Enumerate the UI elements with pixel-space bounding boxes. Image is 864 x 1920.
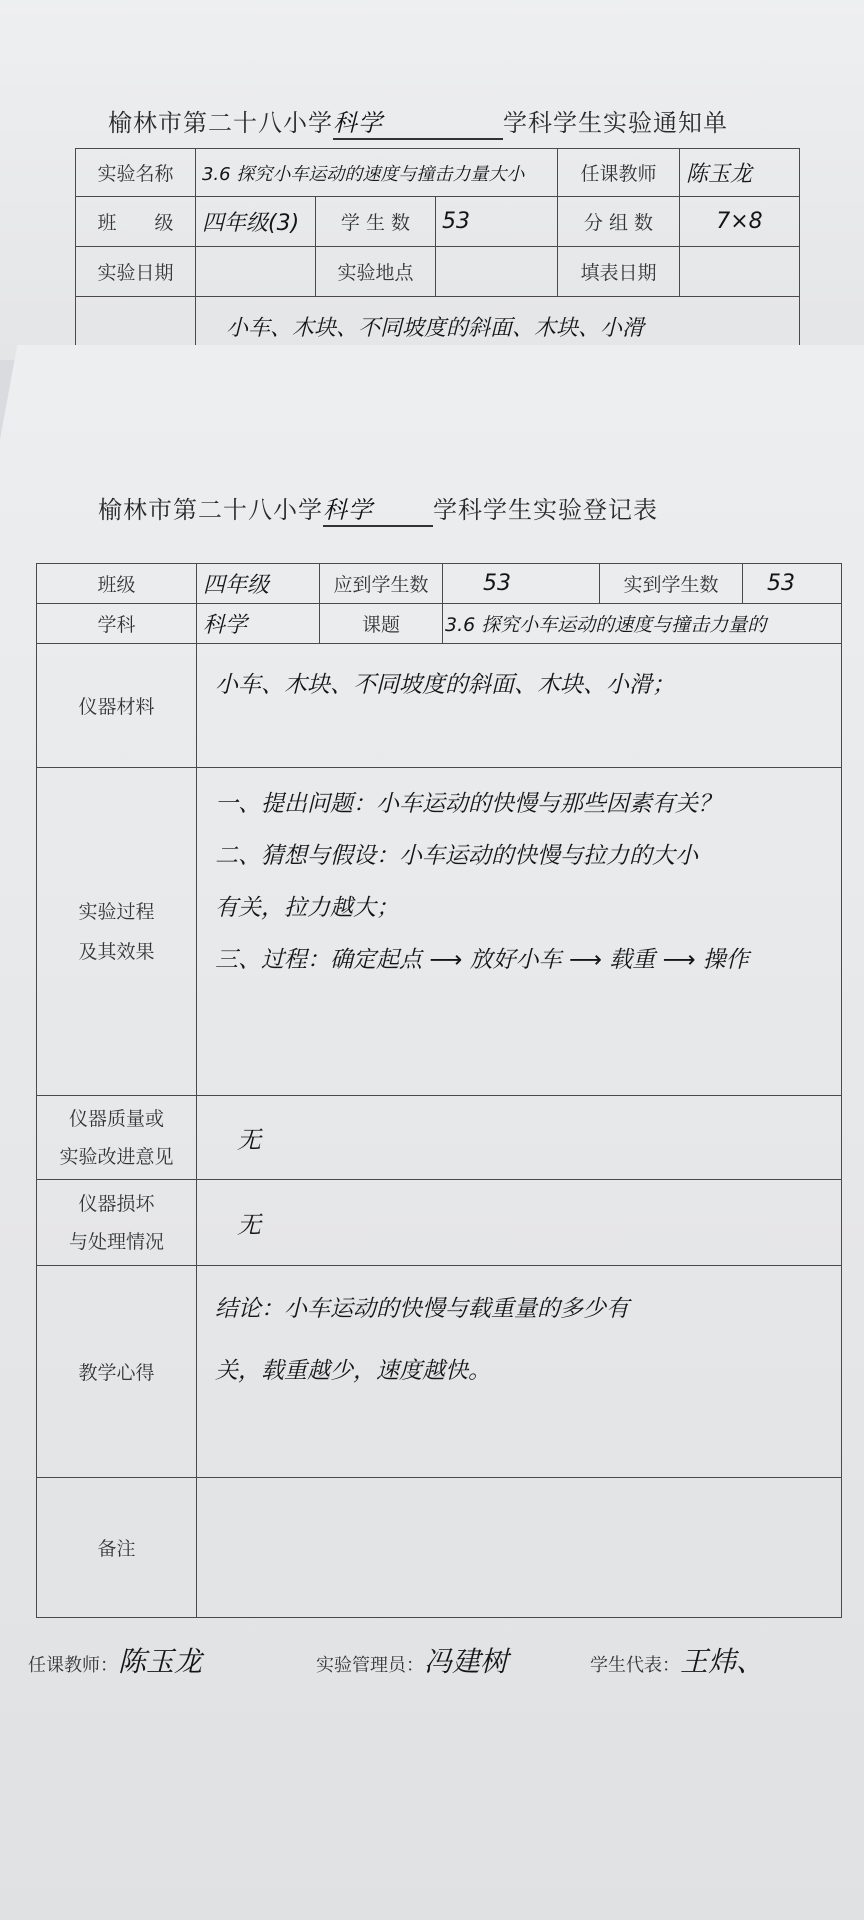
groups-label: 分 组 数: [557, 197, 679, 247]
reflection-label: 教学心得: [37, 1266, 197, 1478]
date-label: 实验日期: [76, 247, 196, 297]
manager-signature-label: 实验管理员：: [316, 1655, 424, 1676]
notice-title: 榆林市第二十八小学科学学科学生实验通知单: [108, 103, 728, 140]
process-label-line1: 实验过程: [43, 892, 190, 932]
students-value: 53: [435, 197, 557, 247]
teacher-signature-value: 陈玉龙: [118, 1645, 202, 1678]
process-content: 一、提出问题：小车运动的快慢与那些因素有关？ 二、猜想与假设：小车运动的快慢与拉…: [197, 768, 842, 1096]
school-name: 榆林市第二十八小学: [98, 496, 323, 524]
experiment-name-value: 3.6 探究小车运动的速度与撞击力量大小: [195, 149, 557, 197]
process-line: 三、过程：确定起点 ⟶ 放好小车 ⟶ 载重 ⟶ 操作: [215, 934, 833, 986]
fill-date-label: 填表日期: [557, 247, 679, 297]
damage-value: 无: [197, 1180, 842, 1266]
record-subject: 科学: [323, 490, 433, 527]
reflection-content: 结论：小车运动的快慢与载重量的多少有 关，载重越少，速度越快。: [197, 1266, 842, 1478]
actual-students-label: 实到学生数: [600, 564, 743, 604]
materials-label: 仪器材料: [37, 644, 197, 768]
process-line: 二、猜想与假设：小车运动的快慢与拉力的大小: [215, 830, 833, 882]
teacher-value: 陈玉龙: [679, 149, 799, 197]
class-label: 班级: [37, 564, 197, 604]
student-signature-label: 学生代表：: [590, 1655, 680, 1676]
teacher-signature: 任课教师：陈玉龙: [28, 1640, 202, 1680]
topic-value: 3.6 探究小车运动的速度与撞击力量的: [443, 604, 842, 644]
reflection-line: 关，载重越少，速度越快。: [215, 1340, 833, 1402]
location-label: 实验地点: [315, 247, 435, 297]
damage-label-line2: 与处理情况: [43, 1223, 190, 1261]
notice-subject: 科学: [333, 103, 503, 140]
subject-value: 科学: [197, 604, 320, 644]
groups-value: 7×8: [679, 197, 799, 247]
student-signature-value: 王炜、: [680, 1645, 764, 1678]
subject-label: 学科: [37, 604, 197, 644]
class-value: 四年级: [197, 564, 320, 604]
school-name: 榆林市第二十八小学: [108, 109, 333, 137]
record-title-suffix: 学科学生实验登记表: [433, 496, 658, 524]
manager-signature-value: 冯建树: [424, 1645, 508, 1678]
teacher-signature-label: 任课教师：: [28, 1655, 118, 1676]
teacher-label: 任课教师: [557, 149, 679, 197]
topic-label: 课题: [320, 604, 443, 644]
student-signature: 学生代表：王炜、: [590, 1640, 764, 1680]
process-line: 有关，拉力越大；: [215, 882, 833, 934]
manager-signature: 实验管理员：冯建树: [316, 1640, 508, 1680]
materials-value: 小车、木块、不同坡度的斜面、木块、小滑；: [197, 644, 842, 768]
damage-label-line1: 仪器损坏: [43, 1185, 190, 1223]
notice-title-suffix: 学科学生实验通知单: [503, 109, 728, 137]
expected-students-value: 53: [443, 564, 600, 604]
experiment-name-label: 实验名称: [76, 149, 196, 197]
reflection-line: 结论：小车运动的快慢与载重量的多少有: [215, 1278, 833, 1340]
damage-label: 仪器损坏 与处理情况: [37, 1180, 197, 1266]
notice-table: 实验名称 3.6 探究小车运动的速度与撞击力量大小 任课教师 陈玉龙 班 级 四…: [75, 148, 800, 367]
record-table: 班级 四年级 应到学生数 53 实到学生数 53 学科 科学 课题 3.6 探究…: [36, 563, 842, 1618]
quality-label-line1: 仪器质量或: [43, 1100, 190, 1138]
actual-students-value: 53: [743, 564, 842, 604]
class-value: 四年级(3): [195, 197, 315, 247]
date-value: [195, 247, 315, 297]
remarks-label: 备注: [37, 1478, 197, 1618]
students-label: 学 生 数: [315, 197, 435, 247]
quality-value: 无: [197, 1096, 842, 1180]
process-line: 一、提出问题：小车运动的快慢与那些因素有关？: [215, 778, 833, 830]
process-label-line2: 及其效果: [43, 932, 190, 972]
record-title: 榆林市第二十八小学科学学科学生实验登记表: [98, 490, 658, 527]
fill-date-value: [679, 247, 799, 297]
quality-label: 仪器质量或 实验改进意见: [37, 1096, 197, 1180]
quality-label-line2: 实验改进意见: [43, 1138, 190, 1176]
remarks-value: [197, 1478, 842, 1618]
expected-students-label: 应到学生数: [320, 564, 443, 604]
location-value: [435, 247, 557, 297]
process-label: 实验过程 及其效果: [37, 768, 197, 1096]
class-label: 班 级: [76, 197, 196, 247]
notice-sheet: 榆林市第二十八小学科学学科学生实验通知单 实验名称 3.6 探究小车运动的速度与…: [0, 0, 864, 360]
